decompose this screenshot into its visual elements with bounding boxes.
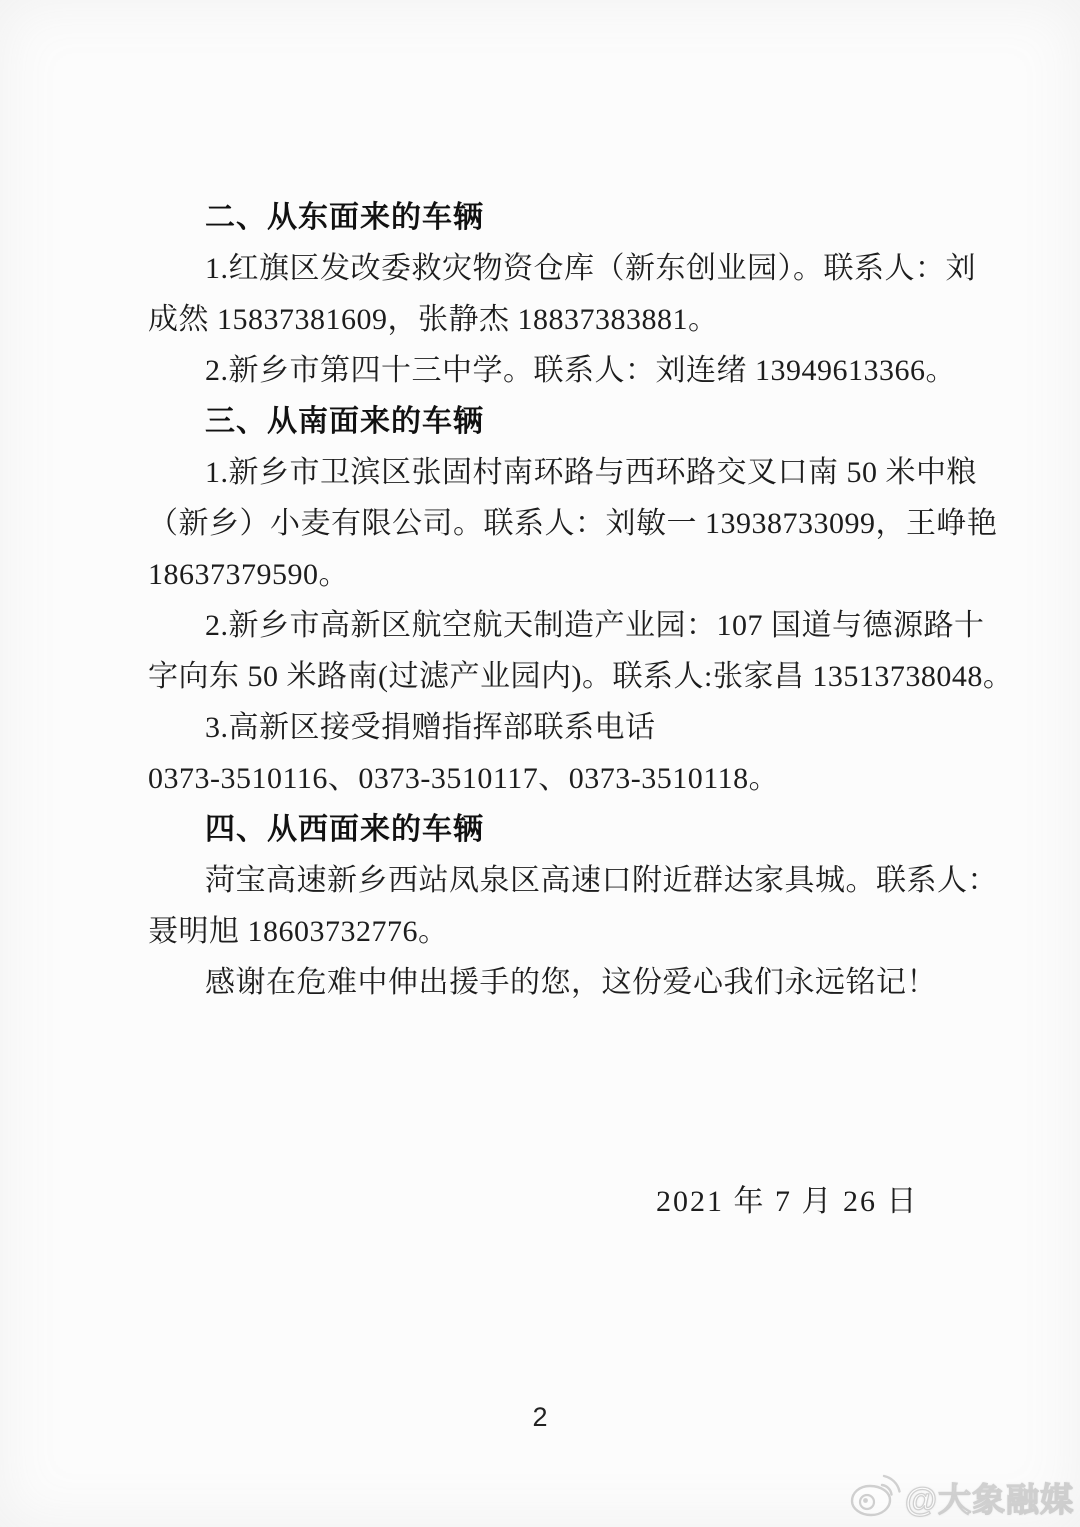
document-page: 二、从东面来的车辆1.红旗区发改委救灾物资仓库（新东创业园）。联系人：刘成然 1… (0, 0, 1080, 1527)
document-line: 菏宝高速新乡西站凤泉区高速口附近群达家具城。联系人： (148, 855, 954, 906)
section-heading: 四、从西面来的车辆 (148, 804, 954, 855)
weibo-logo-icon (849, 1472, 901, 1523)
document-line: 3.高新区接受捐赠指挥部联系电话 (148, 702, 954, 753)
document-date: 2021 年 7 月 26 日 (656, 1176, 919, 1227)
document-line: 1.新乡市卫滨区张固村南环路与西环路交叉口南 50 米中粮 (148, 447, 954, 498)
document-line: 0373-3510116、0373-3510117、0373-3510118。 (148, 753, 954, 804)
document-line: 2.新乡市高新区航空航天制造产业园：107 国道与德源路十 (148, 600, 954, 651)
document-line: 字向东 50 米路南(过滤产业园内)。联系人:张家昌 13513738048。 (148, 651, 954, 702)
watermark: @大象融媒 (849, 1472, 1074, 1523)
document-line: 2.新乡市第四十三中学。联系人：刘连绪 13949613366。 (148, 345, 954, 396)
document-line: 1.红旗区发改委救灾物资仓库（新东创业园）。联系人：刘 (148, 243, 954, 294)
watermark-handle: @大象融媒 (905, 1474, 1074, 1521)
document-line: 聂明旭 18603732776。 (148, 906, 954, 957)
document-line: 成然 15837381609，张静杰 18837383881。 (148, 294, 954, 345)
document-line: （新乡）小麦有限公司。联系人：刘敏一 13938733099，王峥艳 (148, 498, 954, 549)
document-body: 二、从东面来的车辆1.红旗区发改委救灾物资仓库（新东创业园）。联系人：刘成然 1… (148, 192, 954, 1008)
document-line: 感谢在危难中伸出援手的您，这份爱心我们永远铭记！ (148, 957, 954, 1008)
section-heading: 三、从南面来的车辆 (148, 396, 954, 447)
page-number: 2 (0, 1402, 1080, 1433)
section-heading: 二、从东面来的车辆 (148, 192, 954, 243)
document-line: 18637379590。 (148, 549, 954, 600)
